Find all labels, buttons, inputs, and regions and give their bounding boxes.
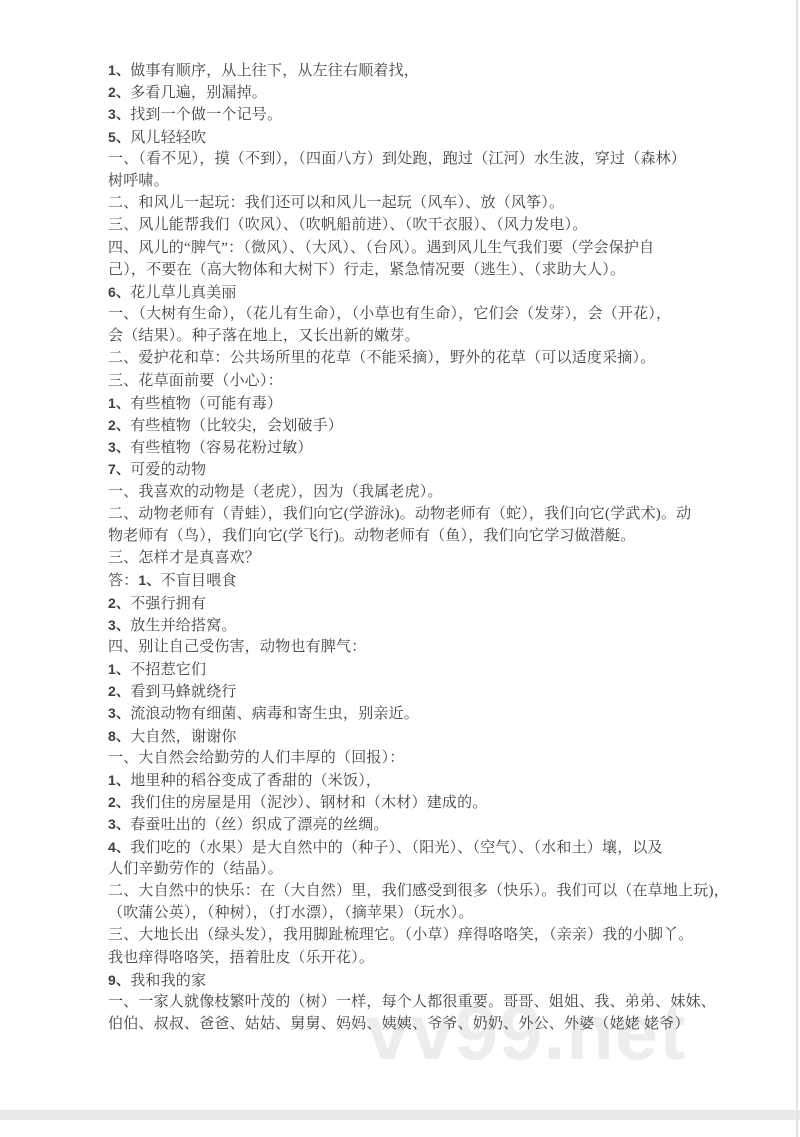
doc-line: 答：1、不盲目喂食 bbox=[108, 569, 694, 591]
doc-line: 一、（大树有生命），（花儿有生命），（小草也有生命），它们会（发芽），会（开花）… bbox=[108, 303, 694, 325]
doc-line: 树呼啸。 bbox=[108, 170, 694, 192]
doc-line: 三、大地长出（绿头发），我用脚趾梳理它。（小草）痒得咯咯笑，（亲亲）我的小脚丫。 bbox=[108, 924, 694, 946]
doc-line: 2、多看几遍，别漏掉。 bbox=[108, 81, 694, 103]
doc-line: 9、我和我的家 bbox=[108, 969, 694, 991]
doc-line: 5、风儿轻轻吹 bbox=[108, 126, 694, 148]
doc-line: 1、做事有顺序，从上往下，从左往右顺着找， bbox=[108, 59, 694, 81]
doc-line: 2、不强行拥有 bbox=[108, 592, 694, 614]
doc-line: 二、动物老师有（青蛙），我们向它(学游泳)。动物老师有（蛇），我们向它(学武术)… bbox=[108, 503, 694, 525]
doc-line: 伯伯、叔叔、爸爸、姑姑、舅舅、妈妈、姨姨、爷爷、奶奶、外公、外婆（姥姥 姥爷） bbox=[108, 1013, 694, 1035]
doc-line: 2、有些植物（比较尖，会划破手） bbox=[108, 414, 694, 436]
doc-line: 三、风儿能帮我们（吹风）、（吹帆船前进）、（吹干衣服）、（风力发电）。 bbox=[108, 214, 694, 236]
doc-line: 物老师有（鸟），我们向它(学飞行)。动物老师有（鱼），我们向它学习做潜艇。 bbox=[108, 525, 694, 547]
doc-line: 8、大自然，谢谢你 bbox=[108, 725, 694, 747]
doc-line: 一、我喜欢的动物是（老虎），因为（我属老虎）。 bbox=[108, 481, 694, 503]
doc-line: 二、和风儿一起玩：我们还可以和风儿一起玩（风车）、放（风筝）。 bbox=[108, 192, 694, 214]
doc-line: 2、看到马蜂就绕行 bbox=[108, 680, 694, 702]
doc-line: 2、我们住的房屋是用（泥沙）、钢材和（木材）建成的。 bbox=[108, 791, 694, 813]
doc-line: 三、花草面前要（小心）： bbox=[108, 370, 694, 392]
viewer-right-border bbox=[796, 0, 798, 1137]
doc-line: 1、地里种的稻谷变成了香甜的（米饭）， bbox=[108, 769, 694, 791]
doc-line: 3、放生并给搭窝。 bbox=[108, 614, 694, 636]
doc-line: 3、春蚕吐出的（丝）织成了漂亮的丝绸。 bbox=[108, 813, 694, 835]
doc-line: 二、爱护花和草：公共场所里的花草（不能采摘），野外的花草（可以适度采摘）。 bbox=[108, 347, 694, 369]
doc-line: 7、可爱的动物 bbox=[108, 458, 694, 480]
doc-line: 会（结果）。种子落在地上，又长出新的嫩芽。 bbox=[108, 325, 694, 347]
document-page: vv99.net 1、做事有顺序，从上往下，从左往右顺着找，2、多看几遍，别漏掉… bbox=[0, 0, 800, 1110]
doc-line: 四、别让自己受伤害，动物也有脾气： bbox=[108, 636, 694, 658]
doc-line: 3、找到一个做一个记号。 bbox=[108, 103, 694, 125]
doc-line: 6、花儿草儿真美丽 bbox=[108, 281, 694, 303]
doc-line: 4、我们吃的（水果）是大自然中的（种子）、（阳光）、（空气）、（水和土）壤，以及 bbox=[108, 836, 694, 858]
page-separator bbox=[0, 1110, 800, 1120]
doc-line: 3、有些植物（容易花粉过敏） bbox=[108, 436, 694, 458]
doc-line: 我也痒得咯咯笑，捂着肚皮（乐开花）。 bbox=[108, 947, 694, 969]
doc-line: 一、（看不见），摸（不到），（四面八方）到处跑，跑过（江河）水生波，穿过（森林） bbox=[108, 148, 694, 170]
document-viewer: vv99.net 1、做事有顺序，从上往下，从左往右顺着找，2、多看几遍，别漏掉… bbox=[0, 0, 800, 1137]
doc-line: （吹蒲公英），（种树），（打水漂），（摘苹果）（玩水）。 bbox=[108, 902, 694, 924]
doc-line: 1、有些植物（可能有毒） bbox=[108, 392, 694, 414]
next-page-top bbox=[0, 1120, 800, 1137]
doc-line: 四、风儿的“脾气”：（微风）、（大风）、（台风）。遇到风儿生气我们要（学会保护自 bbox=[108, 237, 694, 259]
doc-line: 己），不要在（高大物体和大树下）行走，紧急情况要（逃生）、（求助大人）。 bbox=[108, 259, 694, 281]
doc-line: 一、大自然会给勤劳的人们丰厚的（回报）： bbox=[108, 747, 694, 769]
doc-line: 1、不招惹它们 bbox=[108, 658, 694, 680]
doc-line: 人们辛勤劳作的（结晶）。 bbox=[108, 858, 694, 880]
doc-line: 三、怎样才是真喜欢？ bbox=[108, 547, 694, 569]
document-text: 1、做事有顺序，从上往下，从左往右顺着找，2、多看几遍，别漏掉。3、找到一个做一… bbox=[108, 59, 694, 1035]
doc-line: 二、大自然中的快乐：在（大自然）里，我们感受到很多（快乐）。我们可以（在草地上玩… bbox=[108, 880, 694, 902]
doc-line: 3、流浪动物有细菌、病毒和寄生虫，别亲近。 bbox=[108, 702, 694, 724]
doc-line: 一、一家人就像枝繁叶茂的（树）一样，每个人都很重要。哥哥、姐姐、我、弟弟、妹妹、 bbox=[108, 991, 694, 1013]
